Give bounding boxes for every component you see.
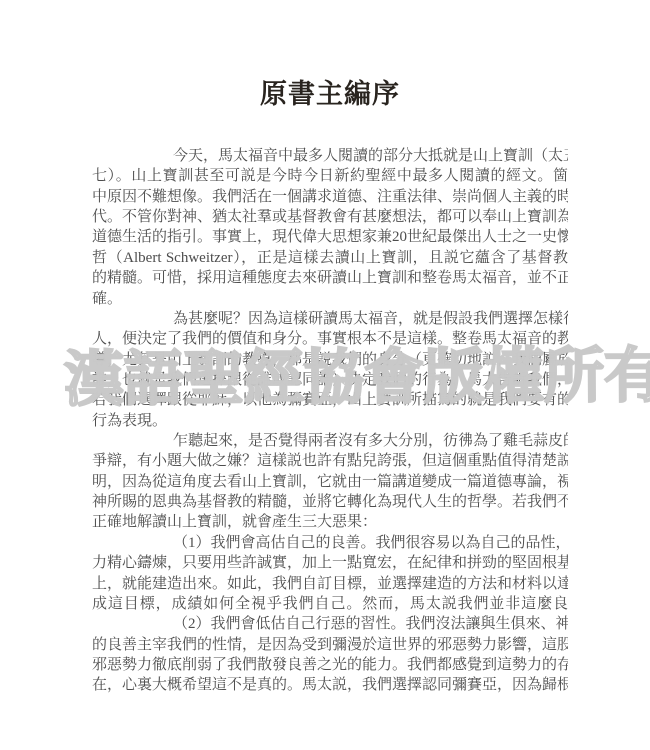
- page-title: 原書主編序: [92, 78, 568, 110]
- text-line: 若我們選擇跟從耶穌，以他為彌賽亞，山上寶訓所描寫的就是我們要有的: [92, 390, 568, 410]
- text-line: 在，心裏大概希望這不是真的。馬太説，我們選擇認同彌賽亞，因為歸根: [92, 675, 568, 695]
- text-line: 中原因不難想像。我們活在一個講求道德、注重法律、崇尚個人主義的時: [92, 187, 568, 207]
- text-line: 明，因為從這角度去看山上寶訓，它就由一篇講道變成一篇道德專論，視: [92, 472, 568, 492]
- text-line: 導，尤其是山上寶訓的教導，都是説我們的身分（更確切地説，我們屬於: [92, 350, 568, 370]
- text-line: 行為表現。: [92, 411, 568, 431]
- text-line: 成這目標，成績如何全視乎我們自己。然而，馬太説我們並非這麼良善。: [92, 594, 568, 614]
- text-line: 今天，馬太福音中最多人閱讀的部分大抵就是山上寶訓（太五~: [92, 146, 568, 166]
- text-line: 道德生活的指引。事實上，現代偉大思想家兼20世紀最傑出人士之一史懷: [92, 227, 568, 247]
- text-line: 代。不管你對神、猶太社羣或基督教會有甚麼想法，都可以奉山上寶訓為: [92, 207, 568, 227]
- text-line: 力精心鑄煉，只要用些許誠實，加上一點寬宏，在紀律和拼勁的堅固根基: [92, 553, 568, 573]
- text-line: （2）我們會低估自己行惡的習性。我們沒法讓與生俱來、神所創造: [92, 614, 568, 634]
- book-page: 原書主編序 今天，馬太福音中最多人閱讀的部分大抵就是山上寶訓（太五~七）。山上寶…: [0, 0, 650, 750]
- text-line: 爭辯，有小題大做之嫌？這樣説也許有點兒誇張，但這個重點值得清楚説: [92, 451, 568, 471]
- text-line: 乍聽起來，是否覺得兩者沒有多大分別，彷彿為了雞毛蒜皮的事而: [92, 431, 568, 451]
- text-line: 確。: [92, 289, 568, 309]
- text-line: 七）。山上寶訓甚至可説是今時今日新約聖經中最多人閱讀的經文。箇: [92, 166, 568, 186]
- text-line: 的精髓。可惜，採用這種態度去來研讀山上寶訓和整卷馬太福音，並不正: [92, 268, 568, 288]
- text-line: 為甚麼呢？因為這樣研讀馬太福音，就是假設我們選擇怎樣行事為: [92, 309, 568, 329]
- text-line: 神所賜的恩典為基督教的精髓，並將它轉化為現代人生的哲學。若我們不: [92, 492, 568, 512]
- text-line: 的良善主宰我們的性情，是因為受到彌漫於這世界的邪惡勢力影響，這股: [92, 635, 568, 655]
- text-line: 誰，也就是我們選擇跟從誰或認同誰）決定我們的行為，馬太告訴我們，: [92, 370, 568, 390]
- text-line: 人，便決定了我們的價值和身分。事實根本不是這樣。整卷馬太福音的教: [92, 329, 568, 349]
- text-line: 邪惡勢力徹底削弱了我們散發良善之光的能力。我們都感覺到這勢力的存: [92, 655, 568, 675]
- body-text: 今天，馬太福音中最多人閱讀的部分大抵就是山上寶訓（太五~七）。山上寶訓甚至可説是…: [92, 146, 568, 696]
- text-line: （1）我們會高估自己的良善。我們很容易以為自己的品性，是憑己: [92, 533, 568, 553]
- text-line: 哲（Albert Schweitzer），正是這樣去讀山上寶訓，且説它蘊含了基督…: [92, 248, 568, 268]
- text-line: 正確地解讀山上寶訓，就會產生三大惡果：: [92, 512, 568, 532]
- text-line: 上，就能建造出來。如此，我們自訂目標，並選擇建造的方法和材料以達: [92, 574, 568, 594]
